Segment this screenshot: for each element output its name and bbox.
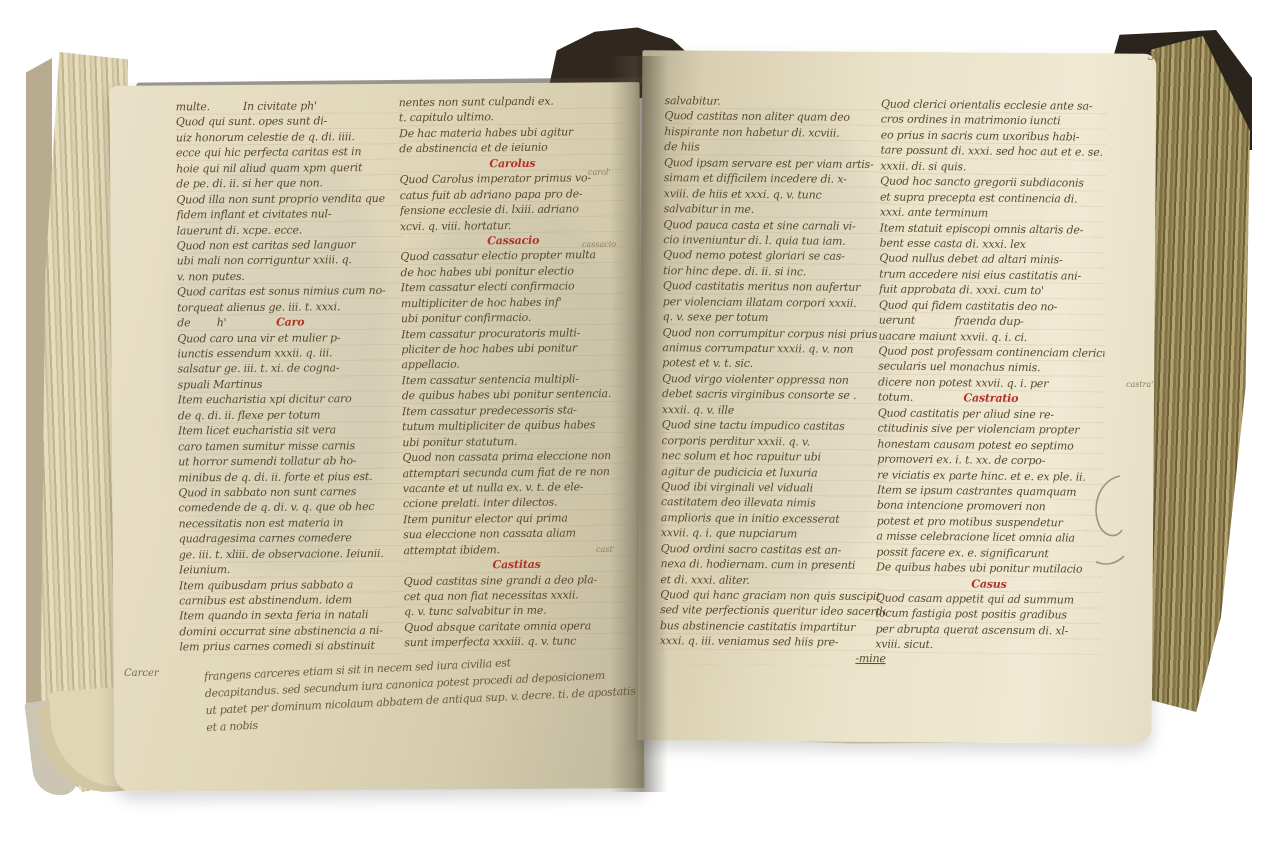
- text-line: Quod sine tactu impudico castitas: [662, 417, 888, 434]
- margin-guide-word: carol': [588, 168, 611, 177]
- text-line: tutum multipliciter de quibus habes: [402, 417, 628, 435]
- text-line: sunt imperfecta xxxiii. q. v. tunc: [404, 633, 630, 651]
- text-line: nexa di. hodiernam. cum in presenti: [660, 556, 886, 573]
- text-line: Quod cassatur electio propter multa: [400, 247, 626, 265]
- text-line: simam et difficilem incedere di. x-: [664, 170, 890, 187]
- text-line: castitatem deo illevata nimis: [661, 495, 887, 512]
- text-line: minibus de q. di. ii. forte et pius est.: [178, 468, 404, 485]
- addition-margin-label: Carcer: [124, 668, 159, 679]
- text-line: potest et v. t. sic.: [662, 356, 888, 373]
- text-line: attemptari secunda cum fiat de re non: [403, 463, 629, 481]
- text-line: comedende de q. di. v. q. que ob hec: [178, 499, 404, 516]
- text-line: v. non putes.: [177, 268, 403, 285]
- text-line: lauerunt di. xcpe. ecce.: [177, 221, 403, 238]
- right-page-column-2: Quod clerici orientalis ecclesie ante sa…: [875, 96, 1107, 654]
- rubric-text: Carolus: [489, 157, 535, 170]
- text-line: ctitudinis sive per violenciam propter: [878, 421, 1104, 439]
- text-line: Item licet eucharistia sit vera: [178, 422, 404, 439]
- text-line: de q. di. ii. flexe per totum: [178, 407, 404, 424]
- text-line: torqueat alienus ge. iii. t. xxxi.: [177, 299, 403, 316]
- rubric-heading: Casus: [876, 575, 1102, 593]
- rubric-heading: Castitas: [403, 556, 629, 574]
- text-line: nec solum et hoc rapuitur ubi: [661, 448, 887, 465]
- rubric-text: Castratio: [963, 392, 1018, 406]
- text-line: Quod castitatis meritus non aufertur: [663, 278, 889, 295]
- text-line: Quod caritas est sonus nimius cum no-: [177, 283, 403, 300]
- text-line: debet sacris virginibus consorte se .: [662, 386, 888, 403]
- text-line: fidem inflant et civitates nul-: [176, 206, 402, 223]
- text-line: xviii. sicut.: [875, 637, 1101, 655]
- text-line: salvabitur in me.: [664, 201, 890, 218]
- text-line: q. v. sexe per totum: [663, 309, 889, 326]
- text-line: hoie qui nil aliud quam xpm querit: [176, 160, 402, 177]
- text-line: Item quando in sexta feria in natali: [179, 607, 405, 624]
- right-page: salvabitur.Quod castitas non aliter quam…: [638, 50, 1157, 744]
- text-line: uerunt fraenda dup-: [879, 313, 1105, 331]
- text-line: de pe. di. ii. si her que non.: [176, 175, 402, 192]
- text-line: Quod qui sunt. opes sunt di-: [176, 113, 402, 130]
- rubric-text: Casus: [971, 577, 1006, 590]
- text-line: multe. In civitate ph': [176, 98, 402, 115]
- text-line: Quod hoc sancto gregorii subdiaconis: [880, 174, 1106, 192]
- text-line: necessitatis non est materia in: [179, 515, 405, 532]
- text-line: quadragesima carnes comedere: [179, 530, 405, 547]
- rubric-heading: totum.Castratio: [878, 390, 1104, 408]
- text-line: de h': [177, 315, 226, 331]
- rubric-text: Cassacio: [487, 234, 539, 248]
- text-line: ge. iii. t. xliii. de observacione. Ieiu…: [179, 545, 405, 562]
- text-line: uiz honorum celestie de q. di. iiii.: [176, 129, 402, 146]
- text-line: xxxi. ante terminum: [880, 205, 1106, 223]
- margin-guide-word: cast': [596, 545, 615, 554]
- text-line: Item quibusdam prius sabbato a: [179, 576, 405, 593]
- text-line: domini occurrat sine abstinencia a ni-: [179, 623, 405, 640]
- margin-guide-word: castra': [1126, 380, 1153, 389]
- text-line: Quod castitas sine grandi a deo pla-: [404, 571, 630, 589]
- text-line: totum.: [878, 390, 913, 406]
- rubric-text: Castitas: [492, 558, 540, 572]
- margin-guide-word: cassacio: [582, 240, 616, 249]
- text-line: Quod caro una vir et mulier p-: [177, 329, 403, 346]
- text-line: de quibus habes ubi ponitur sentencia.: [402, 386, 628, 404]
- text-line: salsatur ge. iii. t. xi. de cogna-: [177, 360, 403, 377]
- text-line: ut horror sumendi tollatur ab ho-: [178, 453, 404, 470]
- text-line: sed vite perfectionis queritur ideo sace…: [660, 603, 886, 620]
- manuscript-photo: multe. In civitate ph'Quod qui sunt. ope…: [0, 0, 1280, 860]
- text-line: Quod castitas non aliter quam deo: [664, 109, 890, 126]
- text-line: Quod illa non sunt proprio vendita que: [176, 190, 402, 207]
- text-line: promoveri ex. i. t. xx. de corpo-: [877, 452, 1103, 470]
- text-line: -mine: [660, 649, 886, 666]
- text-line: carnibus est abstinendum. idem: [179, 592, 405, 609]
- text-line: caro tamen sumitur misse carnis: [178, 437, 404, 454]
- folio-number: 34: [1148, 50, 1163, 64]
- text-line: ecce qui hic perfecta caritas est in: [176, 144, 402, 161]
- left-page-column-1: multe. In civitate ph'Quod qui sunt. ope…: [176, 98, 406, 655]
- rubric-heading: de h'Caro: [177, 314, 403, 331]
- text-line: Item eucharistia xpi dicitur caro: [178, 391, 404, 408]
- rubric-text: Caro: [276, 316, 304, 329]
- text-line: Quod non est caritas sed languor: [177, 237, 403, 254]
- text-line: Quod non cassata prima eleccione non: [402, 448, 628, 466]
- text-line: xxxi. q. iii. veniamus sed hiis pre-: [660, 633, 886, 650]
- text-line: Ieiunium.: [179, 561, 405, 578]
- text-line: Quod nemo potest gloriari se cas-: [663, 248, 889, 265]
- pen-flourish: [1082, 470, 1128, 580]
- text-line: Quod in sabbato non sunt carnes: [178, 484, 404, 501]
- text-line: spuali Martinus: [178, 376, 404, 393]
- text-line: de hiis: [664, 139, 890, 156]
- text-line: ubi mali non corriguntur xxiii. q.: [177, 252, 403, 269]
- text-line: xxvii. q. i. que nupciarum: [661, 525, 887, 542]
- text-line: lem prius carnes comedi si abstinuit: [179, 638, 405, 655]
- right-page-column-1: salvabitur.Quod castitas non aliter quam…: [660, 93, 891, 666]
- text-line: iunctis essendum xxxii. q. iii.: [177, 345, 403, 362]
